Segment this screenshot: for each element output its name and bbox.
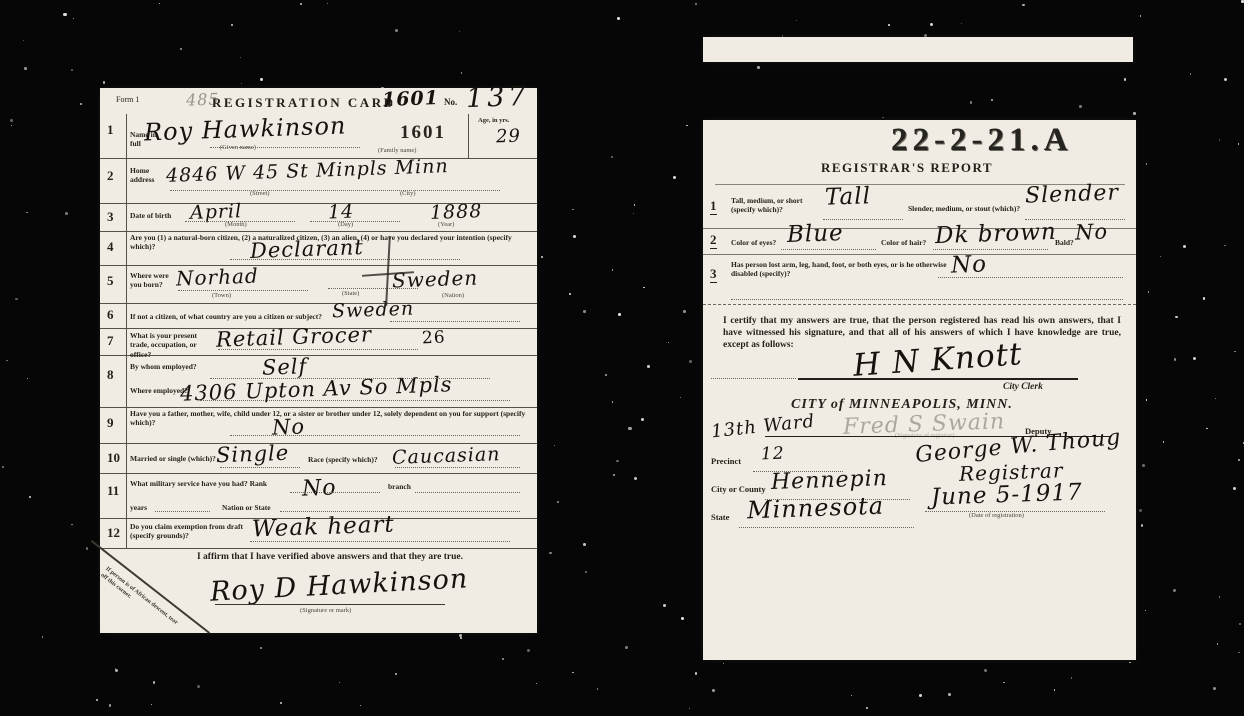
scan-noise-speck <box>527 649 530 652</box>
scan-noise-speck <box>96 699 98 701</box>
scan-noise-speck <box>360 705 361 706</box>
scan-noise-speck <box>63 13 66 16</box>
scan-noise-speck <box>851 695 853 697</box>
row-military-service: 11 What military service have you had? R… <box>100 473 537 519</box>
height-answer: Tall <box>825 183 872 211</box>
state-answer: Minnesota <box>747 492 885 525</box>
field-label: Tall, medium, or short (specify which)? <box>731 196 823 215</box>
scan-noise-speck <box>395 29 398 32</box>
scan-noise-speck <box>1148 291 1150 293</box>
scan-noise-speck <box>159 3 160 4</box>
scan-noise-speck <box>231 24 233 26</box>
row-number: 10 <box>107 450 120 466</box>
row-exemption: 12 Do you claim exemption from draft (sp… <box>100 518 537 549</box>
scanned-document-page: { "scan": { "background_color": "#060606… <box>0 0 1244 716</box>
scan-noise-speck <box>10 119 13 122</box>
serial-number-handwritten: 1601 <box>382 87 440 111</box>
row-number: 6 <box>107 307 114 323</box>
row-number: 3 <box>107 209 114 225</box>
classification-stamp: 22-2-21.A <box>891 122 1073 159</box>
scan-noise-speck <box>300 3 302 5</box>
scan-noise-speck <box>65 212 68 215</box>
report-row-build: 1 Tall, medium, or short (specify which)… <box>703 190 1136 229</box>
row-marital-race: 10 Married or single (which)? Single Rac… <box>100 443 537 474</box>
field-label: Race (specify which)? <box>308 455 378 464</box>
scan-noise-speck <box>572 209 574 211</box>
scan-noise-speck <box>970 101 972 103</box>
scan-noise-speck <box>686 125 688 127</box>
field-label: What military service have you had? Rank <box>130 479 267 488</box>
precinct-answer: 12 <box>761 444 785 465</box>
scan-noise-speck <box>1140 15 1141 16</box>
scan-noise-speck <box>24 67 27 70</box>
field-label: By whom employed? <box>130 362 197 371</box>
scan-noise-speck <box>151 704 152 705</box>
scan-noise-speck <box>712 689 715 692</box>
row-number: 1 <box>710 198 717 215</box>
scan-noise-speck <box>882 117 883 118</box>
scan-noise-speck <box>29 496 31 498</box>
scan-noise-speck <box>1213 687 1216 690</box>
precinct-label: Precinct <box>711 456 741 467</box>
scan-noise-speck <box>1175 316 1177 318</box>
scan-noise-speck <box>73 18 74 19</box>
scan-noise-speck <box>1241 0 1243 2</box>
scan-noise-speck <box>573 235 576 238</box>
name-answer: Roy Hawkinson <box>144 111 347 146</box>
scan-noise-speck <box>71 524 72 525</box>
scan-noise-speck <box>1003 682 1004 683</box>
scan-noise-speck <box>1133 112 1135 114</box>
sub-label: (City) <box>400 190 416 197</box>
disability-answer: No <box>951 251 988 278</box>
scan-noise-speck <box>554 445 555 446</box>
scan-noise-speck <box>1233 487 1236 490</box>
registration-card: Form 1 485 REGISTRATION CARD 1601 No. 13… <box>100 88 537 633</box>
scan-noise-speck <box>1238 652 1239 653</box>
scan-noise-speck <box>260 647 262 649</box>
scan-noise-speck <box>689 708 690 709</box>
row-birthplace: 5 Where were you born? Norhad Sweden (To… <box>100 265 537 304</box>
scan-noise-speck <box>888 24 890 26</box>
scan-noise-speck <box>280 702 282 704</box>
bald-answer: No <box>1075 219 1109 244</box>
scan-noise-speck <box>80 103 82 105</box>
sub-label: (Month) <box>225 221 247 228</box>
scan-noise-speck <box>461 72 463 74</box>
scan-noise-speck <box>1224 78 1227 81</box>
scan-noise-speck <box>612 269 613 270</box>
scan-noise-speck <box>1206 428 1208 430</box>
row-number: 3 <box>710 266 717 283</box>
row-dependents: 9 Have you a father, mother, wife, child… <box>100 407 537 444</box>
state-label: State <box>711 512 729 523</box>
age-box-rule <box>468 114 469 158</box>
scan-noise-speck <box>1217 643 1218 644</box>
scan-noise-speck <box>103 81 106 84</box>
scan-noise-speck <box>680 397 681 398</box>
clerk-title: City Clerk <box>1003 382 1043 394</box>
eye-color-answer: Blue <box>787 220 845 248</box>
sub-label: (Day) <box>338 221 353 228</box>
registrant-signature: Roy D Hawkinson <box>209 563 469 607</box>
scan-noise-speck <box>536 683 537 684</box>
scan-noise-speck <box>1146 399 1148 401</box>
scan-noise-speck <box>26 212 28 214</box>
home-address-answer: 4846 W 45 St Minpls Minn <box>166 155 449 187</box>
scan-noise-speck <box>1239 623 1241 625</box>
scan-noise-speck <box>613 474 615 476</box>
scan-noise-speck <box>634 204 636 206</box>
scan-noise-speck <box>1183 245 1186 248</box>
scan-noise-speck <box>583 310 586 313</box>
scan-noise-speck <box>115 669 118 672</box>
scan-noise-speck <box>153 681 155 683</box>
row-employer: 8 By whom employed? Self Where employed?… <box>100 355 537 408</box>
scan-noise-speck <box>395 673 397 675</box>
scan-noise-speck <box>6 360 7 361</box>
scan-noise-speck <box>339 682 340 683</box>
scan-noise-speck <box>930 23 933 26</box>
scan-noise-speck <box>569 293 571 295</box>
scan-noise-speck <box>549 552 551 554</box>
scan-noise-speck <box>612 401 613 402</box>
row-number: 2 <box>710 232 717 249</box>
scan-noise-speck <box>628 427 631 430</box>
no-label: No. <box>444 97 457 108</box>
field-label: Where were you born? <box>130 271 176 290</box>
scan-noise-speck <box>459 31 460 32</box>
scan-noise-speck <box>634 477 637 480</box>
field-label: Date of birth <box>130 211 171 220</box>
scan-noise-speck <box>597 688 598 689</box>
row-number: 4 <box>107 239 114 255</box>
exemption-answer: Weak heart <box>252 512 396 543</box>
row-citizenship: 4 Are you (1) a natural-born citizen, (2… <box>100 231 537 266</box>
scan-noise-speck <box>1022 4 1025 7</box>
scan-noise-speck <box>616 460 618 462</box>
scan-noise-speck <box>681 617 684 620</box>
scan-noise-speck <box>605 374 607 376</box>
row-number: 12 <box>107 525 120 541</box>
scan-noise-speck <box>668 342 669 343</box>
scan-noise-speck <box>625 646 628 649</box>
scan-noise-speck <box>757 66 760 69</box>
scan-noise-speck <box>617 17 620 20</box>
affirmation-text: I affirm that I have verified above answ… <box>155 552 505 564</box>
scan-noise-speck <box>460 637 462 639</box>
field-label: Have you a father, mother, wife, child u… <box>130 409 530 428</box>
scan-noise-speck <box>1234 351 1236 353</box>
scan-noise-speck <box>1219 596 1221 598</box>
row-number: 9 <box>107 415 114 431</box>
scan-noise-speck <box>241 83 242 84</box>
adjacent-card-edge <box>703 37 1133 62</box>
scan-noise-speck <box>695 672 698 675</box>
scan-noise-speck <box>673 176 676 179</box>
row-number: 7 <box>107 333 114 349</box>
scan-noise-speck <box>1146 163 1147 164</box>
row-number: 11 <box>107 483 119 499</box>
scan-noise-speck <box>689 360 692 363</box>
scan-noise-speck <box>1129 662 1130 663</box>
registration-date: June 5-1917 <box>931 479 1084 510</box>
scan-noise-speck <box>585 571 587 573</box>
field-label: Color of hair? <box>881 238 926 247</box>
field-label: Married or single (which)? <box>130 454 216 463</box>
scan-noise-speck <box>260 78 262 80</box>
serial-number-stamp: 1601 <box>400 122 446 144</box>
scan-noise-speck <box>948 693 951 696</box>
scan-noise-speck <box>2 466 4 468</box>
scan-noise-speck <box>42 636 43 637</box>
scan-noise-speck <box>611 156 613 158</box>
scan-noise-speck <box>1141 524 1144 527</box>
report-row-disability: 3 Has person lost arm, leg, hand, foot, … <box>703 254 1136 305</box>
scan-noise-speck <box>86 547 89 550</box>
scan-noise-speck <box>327 3 328 4</box>
scan-noise-speck <box>866 707 868 709</box>
row-occupation: 7 What is your present trade, occupation… <box>100 328 537 356</box>
registrars-report-card: 22-2-21.A REGISTRAR'S REPORT 1 Tall, med… <box>703 120 1136 660</box>
scan-noise-speck <box>71 69 73 71</box>
hair-color-answer: Dk brown <box>935 219 1058 249</box>
card-title: REGISTRATION CARD <box>212 95 395 111</box>
report-title: REGISTRAR'S REPORT <box>821 160 993 176</box>
occupation-number: 26 <box>422 328 446 349</box>
sub-label: (Year) <box>438 221 454 228</box>
form-number-label: Form 1 <box>116 95 139 105</box>
row-number: 1 <box>107 122 114 138</box>
scan-noise-speck <box>1238 143 1240 145</box>
field-label: branch <box>388 482 411 491</box>
scan-noise-speck <box>1160 256 1162 258</box>
ward-answer: 13th Ward <box>710 411 816 443</box>
row-home-address: 2 Home address 4846 W 45 St Minpls Minn … <box>100 158 537 204</box>
scan-noise-speck <box>1219 139 1221 141</box>
scan-noise-speck <box>180 48 182 50</box>
scan-noise-speck <box>1142 464 1145 467</box>
scan-noise-speck <box>991 99 993 101</box>
registration-date-caption: (Date of registration) <box>969 512 1024 519</box>
row-name: 1 Name in full Roy Hawkinson 1601 (Given… <box>100 114 537 159</box>
scan-noise-speck <box>919 694 922 697</box>
scan-noise-speck <box>197 685 200 688</box>
scan-noise-speck <box>27 378 28 379</box>
scan-noise-speck <box>583 543 586 546</box>
field-label: years <box>130 503 147 512</box>
scan-noise-speck <box>1238 459 1240 461</box>
scan-noise-speck <box>1215 398 1216 399</box>
scan-noise-speck <box>1190 73 1191 74</box>
scan-noise-speck <box>109 704 111 706</box>
scan-noise-speck <box>502 658 504 660</box>
build-answer: Slender <box>1025 180 1120 208</box>
scan-noise-speck <box>541 256 543 258</box>
scan-noise-speck <box>240 57 241 58</box>
scan-noise-speck <box>557 501 559 503</box>
row-number: 8 <box>107 367 114 383</box>
scan-noise-speck <box>1145 610 1146 611</box>
birth-town-answer: Norhad <box>176 264 260 291</box>
scan-noise-speck <box>984 669 987 672</box>
scan-noise-speck <box>1174 358 1176 360</box>
scan-noise-speck <box>1224 245 1226 247</box>
field-label: Do you claim exemption from draft (speci… <box>130 522 250 541</box>
scan-noise-speck <box>796 20 797 21</box>
county-answer: Hennepin <box>771 466 889 495</box>
scan-noise-speck <box>23 40 24 41</box>
scan-noise-speck <box>11 125 12 126</box>
field-label: Home address <box>130 166 166 185</box>
row-number: 5 <box>107 273 114 289</box>
scan-noise-speck <box>695 3 697 5</box>
scan-noise-speck <box>643 287 645 289</box>
scan-noise-speck <box>1079 105 1082 108</box>
field-label: Has person lost arm, leg, hand, foot, or… <box>731 260 961 279</box>
scan-noise-speck <box>683 310 686 313</box>
card-number: 137 <box>465 81 530 114</box>
scan-noise-speck <box>961 23 962 24</box>
field-label: Color of eyes? <box>731 238 776 247</box>
field-label: Slender, medium, or stout (which)? <box>908 204 1020 213</box>
field-label: Nation or State <box>222 503 271 512</box>
foreign-citizen-answer: Sweden <box>332 298 415 323</box>
sub-label: (Nation) <box>442 292 464 299</box>
age-label: Age, in yrs. <box>478 117 509 125</box>
signature-caption: (Signature or mark) <box>300 607 351 614</box>
scan-noise-speck <box>1071 677 1073 679</box>
scan-noise-speck <box>723 663 724 664</box>
age-answer: 29 <box>496 126 522 148</box>
scan-noise-speck <box>1193 357 1196 360</box>
scan-noise-speck <box>1203 297 1206 300</box>
sub-label: (Family name) <box>378 147 416 154</box>
scan-noise-speck <box>618 313 621 316</box>
scan-noise-speck <box>1124 78 1126 80</box>
sub-label: (Street) <box>250 190 270 197</box>
employer-answer: Self <box>262 354 308 380</box>
scan-noise-speck <box>641 418 644 421</box>
signature-rule <box>215 604 445 605</box>
report-row-features: 2 Color of eyes? Blue Color of hair? Dk … <box>703 228 1136 255</box>
clerk-signature-rule <box>798 378 1078 380</box>
scan-noise-speck <box>647 365 650 368</box>
sub-label: (State) <box>342 290 359 297</box>
scan-noise-speck <box>1054 689 1056 691</box>
county-label: City or County <box>711 484 766 495</box>
military-answer: No <box>302 475 337 501</box>
scan-noise-speck <box>1173 589 1175 591</box>
scan-noise-speck <box>633 213 634 214</box>
scan-noise-speck <box>663 604 666 607</box>
field-label: Bald? <box>1055 238 1074 247</box>
scan-noise-speck <box>1139 509 1142 512</box>
row-number: 2 <box>107 168 114 184</box>
marital-answer: Single <box>216 441 290 468</box>
sub-label: (Town) <box>212 292 231 299</box>
scan-noise-speck <box>572 672 574 674</box>
scan-noise-speck <box>1163 441 1164 442</box>
scan-noise-speck <box>15 298 17 300</box>
row-date-of-birth: 3 Date of birth April 14 1888 (Month) (D… <box>100 203 537 232</box>
